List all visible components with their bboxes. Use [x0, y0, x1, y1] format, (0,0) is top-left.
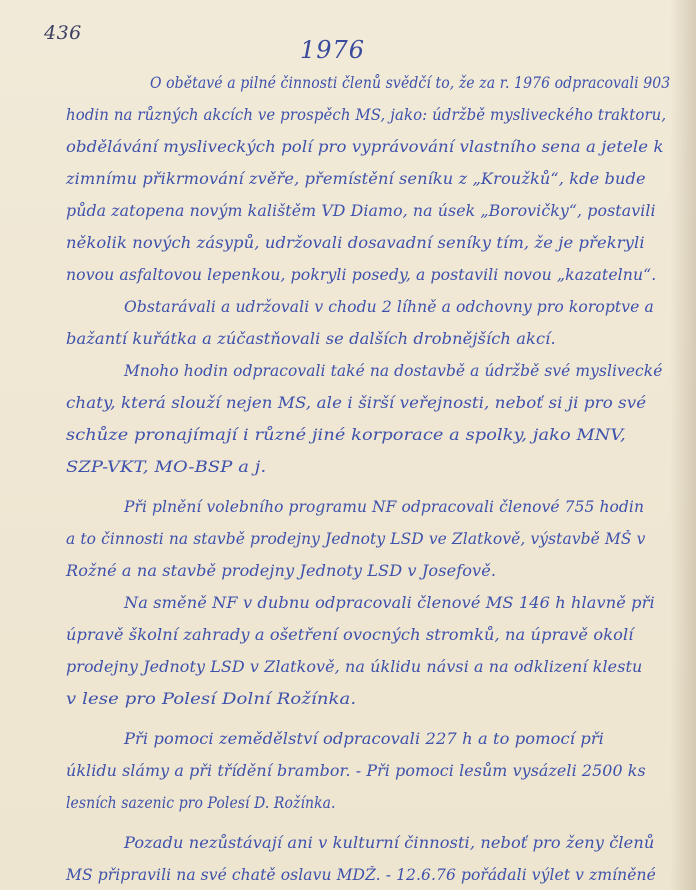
text-line: lesních sazenic pro Polesí D. Rožínka. — [66, 794, 336, 812]
text-line: úpravě školní zahrady a ošetření ovocnýc… — [66, 626, 634, 644]
text-line: chaty, která slouží nejen MS, ale i širš… — [66, 394, 646, 412]
text-line: novou asfaltovou lepenkou, pokryli posed… — [66, 266, 656, 284]
text-line: obdělávání mysliveckých polí pro vyprávo… — [66, 138, 664, 156]
text-line: Na směně NF v dubnu odpracovali členové … — [124, 594, 655, 612]
text-line: několik nových zásypů, udržovali dosavad… — [66, 234, 645, 252]
text-line: SZP-VKT, MO-BSP a j. — [66, 458, 266, 476]
year-heading: 1976 — [300, 36, 365, 64]
text-line: Pozadu nezůstávají ani v kulturní činnos… — [124, 834, 654, 852]
text-line: Při pomoci zemědělství odpracovali 227 h… — [124, 730, 604, 748]
text-line: bažantí kuřátka a zúčastňovali se dalšíc… — [66, 330, 556, 348]
scanned-chronicle-page: 436 1976 O obětavé a pilné činnosti člen… — [0, 0, 696, 890]
text-line: hodin na různých akcích ve prospěch MS, … — [66, 106, 666, 124]
text-line: O obětavé a pilné činnosti členů svědčí … — [150, 74, 670, 92]
text-line: Mnoho hodin odpracovali také na dostavbě… — [124, 362, 662, 380]
text-line: půda zatopena novým kalištěm VD Diamo, n… — [66, 202, 656, 220]
text-line: a to činnosti na stavbě prodejny Jednoty… — [66, 530, 645, 548]
text-line: Obstarávali a udržovali v chodu 2 líhně … — [124, 298, 654, 316]
text-line: zimnímu přikrmování zvěře, přemístění se… — [66, 170, 646, 188]
text-line: v lese pro Polesí Dolní Rožínka. — [66, 690, 356, 708]
text-line: schůze pronajímají i různé jiné korporac… — [66, 426, 626, 444]
text-line: Rožné a na stavbě prodejny Jednoty LSD v… — [66, 562, 496, 580]
page-number: 436 — [44, 22, 82, 44]
text-line: prodejny Jednoty LSD v Zlatkově, na úkli… — [66, 658, 642, 676]
text-line: MS připravili na své chatě oslavu MDŽ. -… — [66, 866, 656, 884]
text-line: úklidu slámy a při třídění brambor. - Př… — [66, 762, 646, 780]
text-line: Při plnění volebního programu NF odpraco… — [124, 498, 644, 516]
